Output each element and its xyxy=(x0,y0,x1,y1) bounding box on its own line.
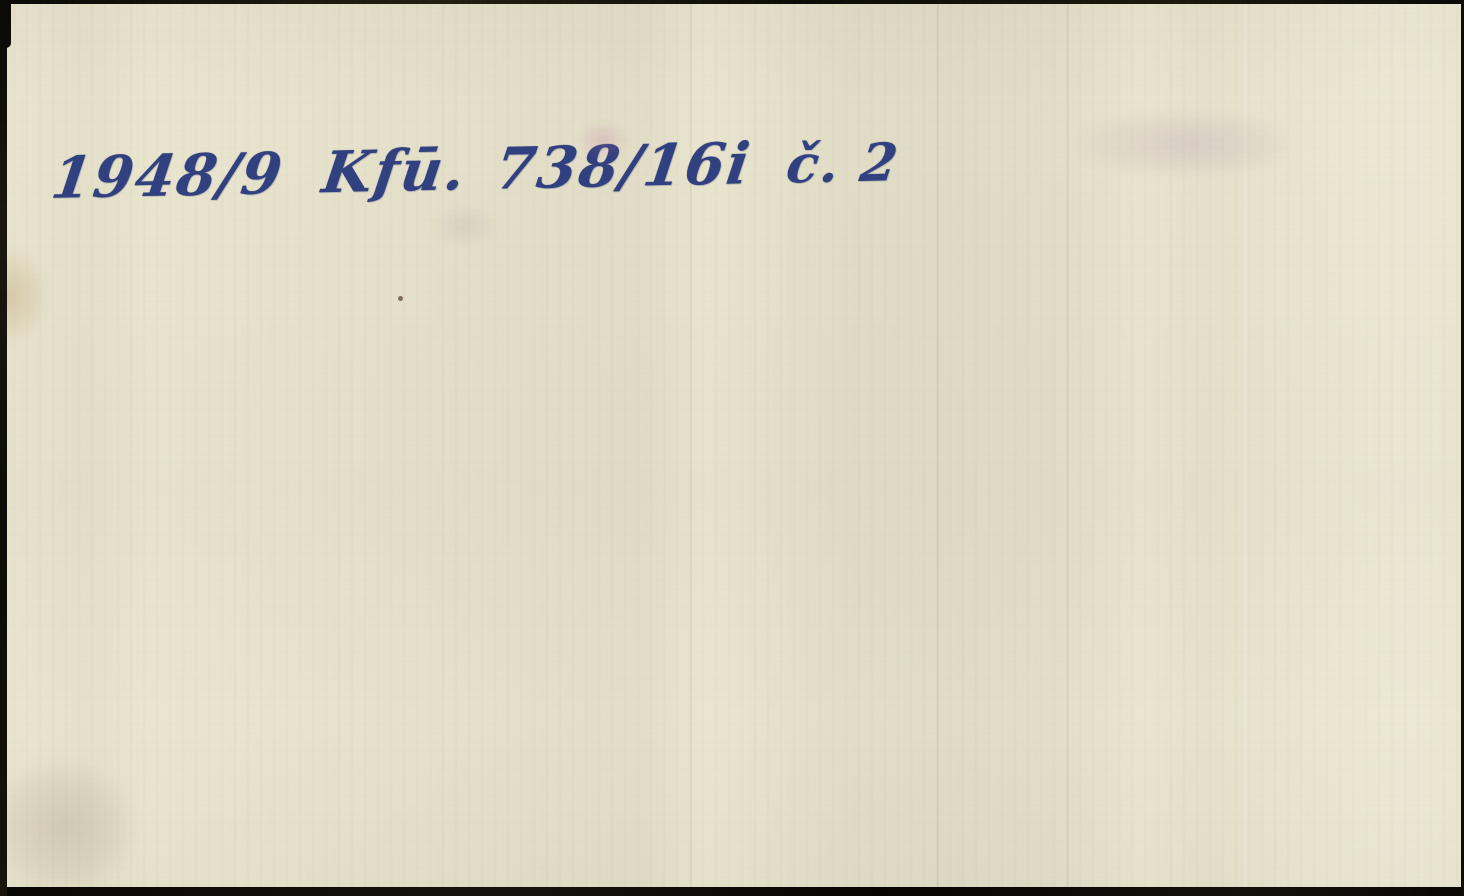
note-year: 1948/9 xyxy=(47,140,287,212)
faint-purple-smudge xyxy=(430,204,500,248)
note-item-number: č. 2 xyxy=(783,132,903,196)
note-abbreviation: Kfū. xyxy=(319,136,472,206)
scan-edge-bottom xyxy=(0,887,1464,896)
ink-bleedthrough-smudge xyxy=(1080,112,1290,176)
scan-edge-top xyxy=(0,0,1464,4)
scan-edge-corner xyxy=(0,0,11,48)
scan-seam-light xyxy=(1244,0,1247,896)
scan-seam xyxy=(1067,0,1069,896)
note-reference-number: 738/16i xyxy=(492,130,756,203)
handwritten-note: 1948/9Kfū.738/16ič. 2 xyxy=(51,127,900,212)
stain-bottom-left xyxy=(4,762,134,892)
scanned-card: 1948/9Kfū.738/16ič. 2 xyxy=(0,0,1464,896)
scan-edge-left xyxy=(0,0,7,896)
scan-seam xyxy=(937,0,939,896)
stain-left-edge xyxy=(0,248,50,344)
dark-speck xyxy=(398,296,403,301)
